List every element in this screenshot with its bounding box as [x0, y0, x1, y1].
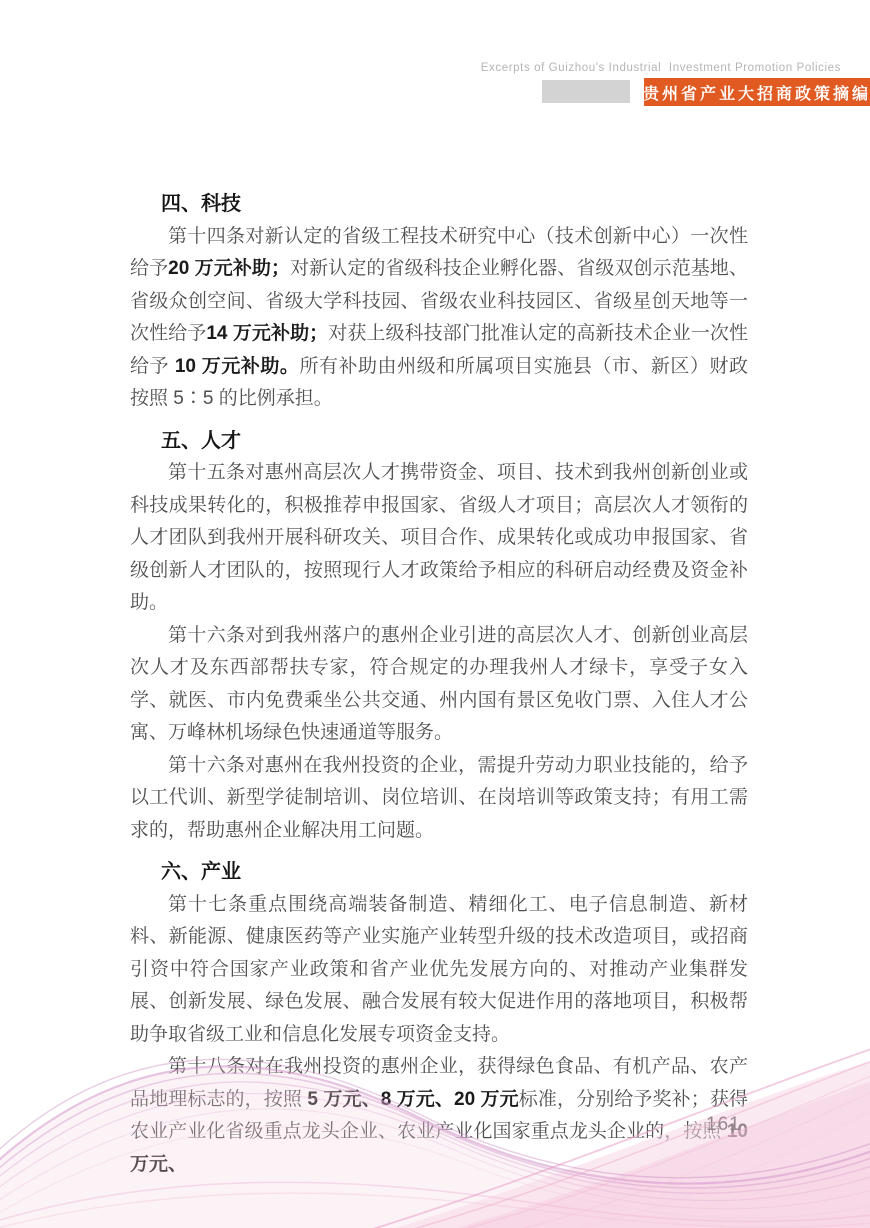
header-gray-box — [542, 80, 630, 103]
header-english-title: Excerpts of Guizhou's Industrial Investm… — [481, 62, 841, 74]
document-page: Excerpts of Guizhou's Industrial Investm… — [0, 0, 870, 1228]
bold-text-run: 10 万元补助。 — [175, 356, 300, 377]
paragraph-article-16-green-card: 第十六条对到我州落户的惠州企业引进的高层次人才、创新创业高层次人才及东西部帮扶专… — [130, 620, 748, 750]
header-orange-banner: 贵州省产业大招商政策摘编 — [644, 78, 870, 106]
document-body: 四、科技 第十四条对新认定的省级工程技术研究中心（技术创新中心）一次性给予20 … — [130, 188, 748, 1181]
section-heading-industry: 六、产业 — [130, 856, 748, 889]
paragraph-article-15: 第十五条对惠州高层次人才携带资金、项目、技术到我州创新创业或科技成果转化的，积极… — [130, 457, 748, 620]
bold-text-run: 14 万元补助； — [206, 323, 328, 344]
header-chinese-title: 贵州省产业大招商政策摘编 — [643, 81, 870, 104]
paragraph-article-17: 第十七条重点围绕高端装备制造、精细化工、电子信息制造、新材料、新能源、健康医药等… — [130, 889, 748, 1052]
paragraph-article-16-training: 第十六条对惠州在我州投资的企业，需提升劳动力职业技能的，给予以工代训、新型学徒制… — [130, 750, 748, 848]
paragraph-article-14: 第十四条对新认定的省级工程技术研究中心（技术创新中心）一次性给予20 万元补助；… — [130, 221, 748, 416]
text-run: 第十六条对惠州在我州投资的企业，需提升劳动力职业技能的，给予以工代训、新型学徒制… — [130, 755, 748, 841]
text-run: 第十七条重点围绕高端装备制造、精细化工、电子信息制造、新材料、新能源、健康医药等… — [130, 894, 748, 1045]
paragraph-article-18: 第十八条对在我州投资的惠州企业，获得绿色食品、有机产品、农产品地理标志的，按照 … — [130, 1051, 748, 1181]
text-run: 第十五条对惠州高层次人才携带资金、项目、技术到我州创新创业或科技成果转化的，积极… — [130, 462, 748, 613]
section-heading-talent: 五、人才 — [130, 425, 748, 458]
bold-text-run: 20 万元补助； — [168, 258, 290, 279]
section-heading-science: 四、科技 — [130, 188, 748, 221]
page-number: 161 — [706, 1114, 741, 1136]
text-run: 第十六条对到我州落户的惠州企业引进的高层次人才、创新创业高层次人才及东西部帮扶专… — [130, 625, 748, 744]
bold-text-run: 5 万元、8 万元、20 万元 — [307, 1089, 518, 1110]
